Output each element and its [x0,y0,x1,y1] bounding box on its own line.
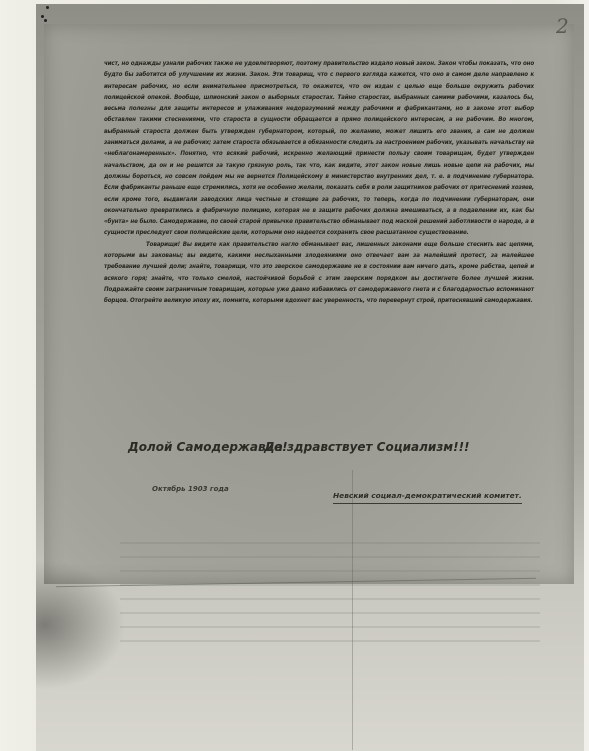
leaflet-body: чист, но однажды узнали рабочих также не… [104,58,534,307]
paragraph: чист, но однажды узнали рабочих также не… [104,58,534,239]
slogan-long-live-socialism: Да здравствует Социализм!!! [264,440,470,454]
document-date: Октябрь 1903 года [152,485,229,493]
paragraph: Товарищи! Вы видите как правительство на… [104,239,534,307]
fold-line-vertical [352,470,353,750]
pin-marks [38,6,52,22]
faded-bleed-through-text [120,530,540,650]
photo-shadow [36,560,126,690]
signature-committee: Невский социал-демократический комитет. [333,491,522,504]
page-number: 2 [556,14,569,38]
